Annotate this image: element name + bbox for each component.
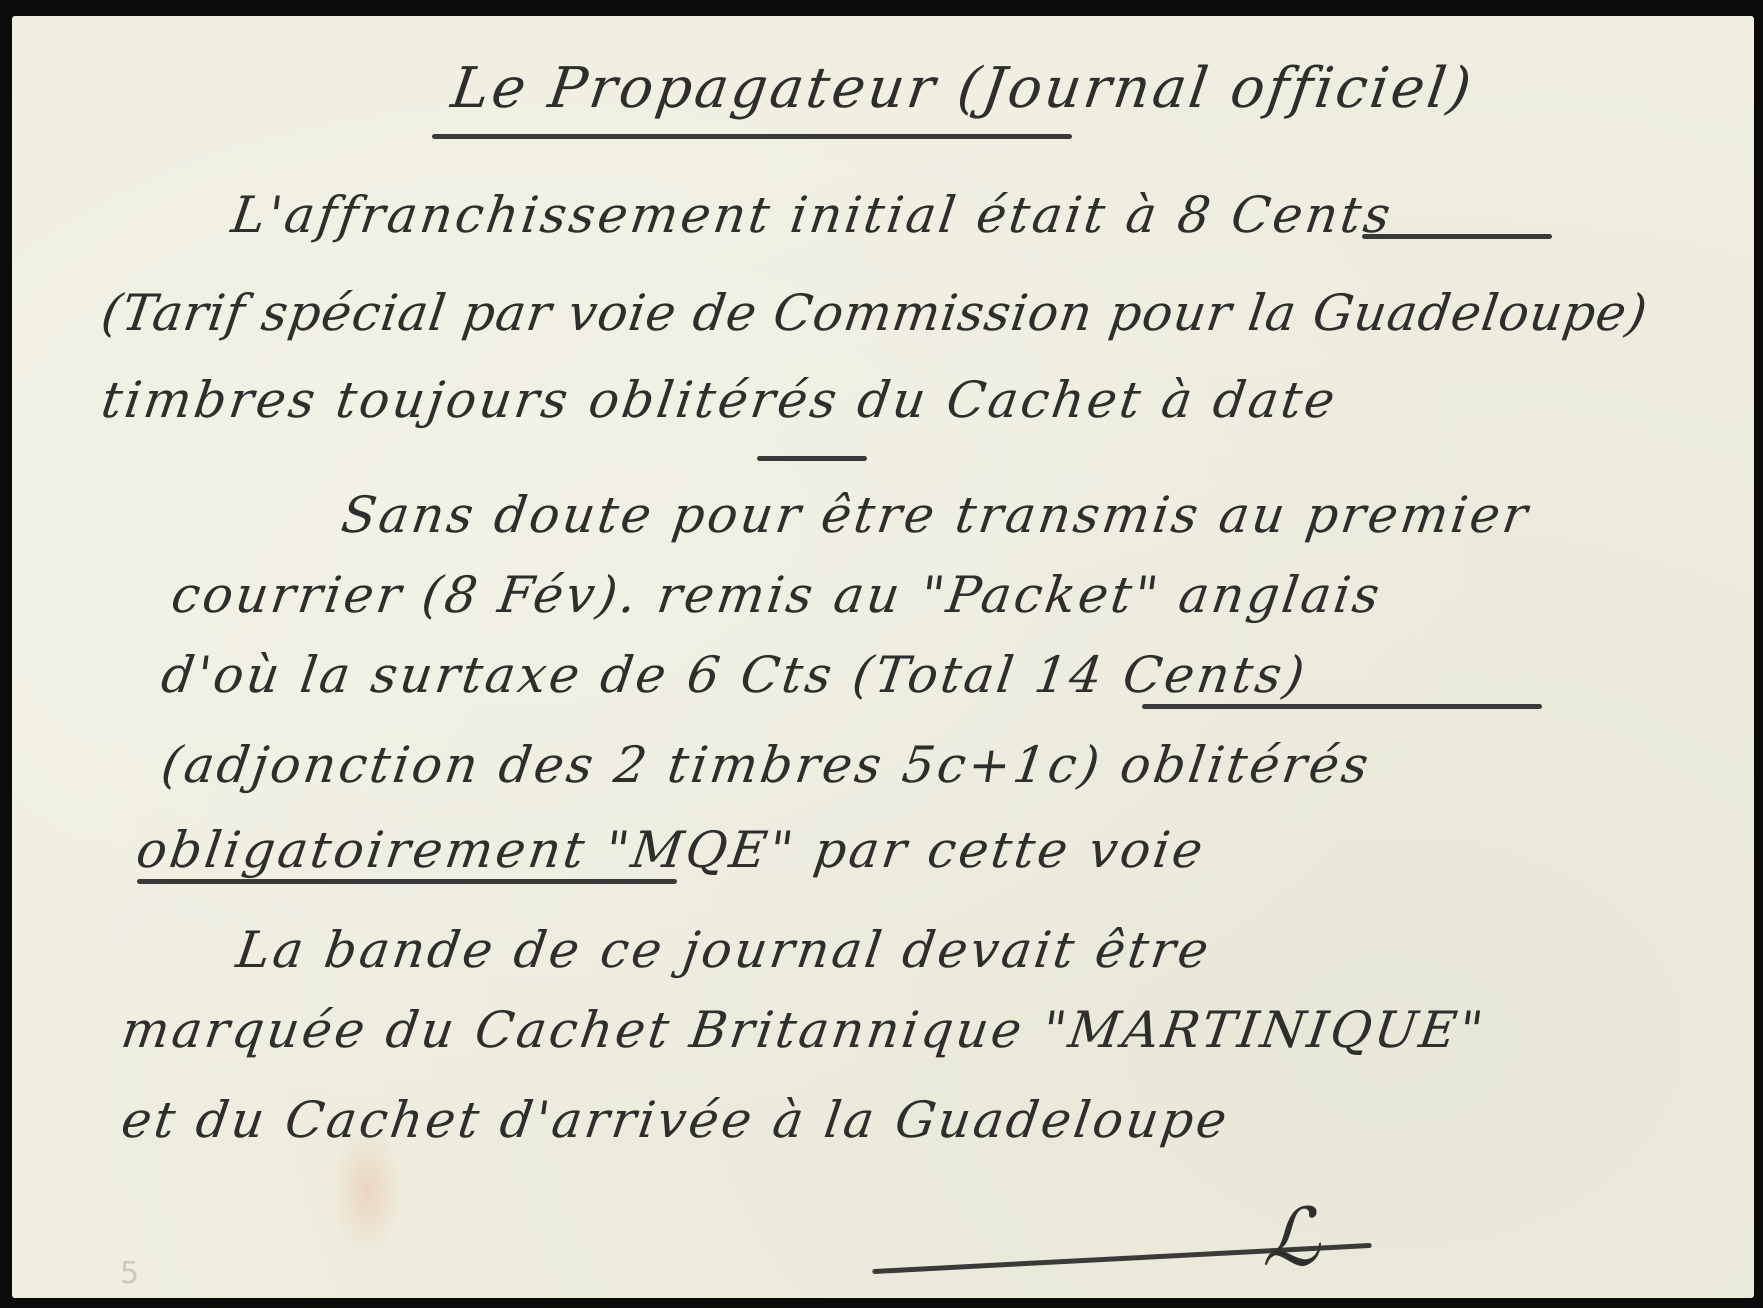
note-line-6: d'où la surtaxe de 6 Cts (Total 14 Cents… bbox=[158, 646, 1311, 704]
note-line-3: timbres toujours oblitérés du Cachet à d… bbox=[98, 371, 1341, 429]
note-line-7: (adjonction des 2 timbres 5c+1c) oblitér… bbox=[158, 736, 1375, 794]
note-line-9: La bande de ce journal devait être bbox=[233, 921, 1215, 979]
note-line-10: marquée du Cachet Britannique "MARTINIQU… bbox=[118, 1001, 1489, 1059]
underline-obligatoirement bbox=[137, 879, 677, 884]
paper-stain bbox=[332, 1126, 402, 1256]
handwritten-note-page: Le Propagateur (Journal officiel) L'affr… bbox=[12, 16, 1754, 1298]
note-line-4: Sans doute pour être transmis au premier bbox=[338, 486, 1534, 544]
note-line-2: (Tarif spécial par voie de Commission po… bbox=[98, 284, 1652, 342]
note-line-11: et du Cachet d'arrivée à la Guadeloupe bbox=[118, 1091, 1233, 1149]
underline-total bbox=[1142, 704, 1542, 709]
note-line-8: obligatoirement "MQE" par cette voie bbox=[133, 821, 1209, 879]
pencil-mark: 5 bbox=[120, 1256, 139, 1291]
title-underline bbox=[432, 134, 1072, 139]
note-line-1: L'affranchissement initial était à 8 Cen… bbox=[228, 186, 1397, 244]
signature-initial: ℒ bbox=[1262, 1191, 1320, 1284]
underline-8-cents bbox=[1362, 234, 1552, 239]
note-title: Le Propagateur (Journal officiel) bbox=[447, 56, 1477, 121]
note-line-5: courrier (8 Fév). remis au "Packet" angl… bbox=[168, 566, 1386, 624]
section-divider bbox=[757, 456, 867, 461]
